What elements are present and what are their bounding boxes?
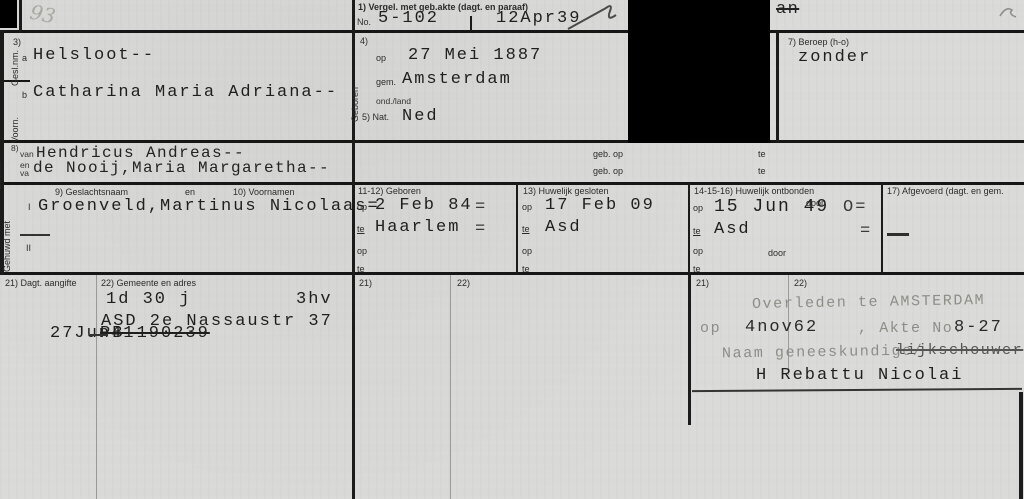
doctor-name-underline — [692, 388, 1022, 392]
firstnames-value: Catharina Maria Adriana-- — [33, 83, 338, 102]
mother-te-label: te — [758, 166, 766, 176]
field8-number: 8) — [11, 143, 19, 153]
field1-no-label: No. — [357, 17, 371, 27]
bottomright-edge-rule — [1019, 392, 1023, 499]
f14-r3-op: op — [693, 246, 703, 256]
block3-21-header: 21) — [696, 278, 709, 288]
death-akte-label: , Akte No. — [858, 320, 964, 337]
occupation-value: zonder — [798, 48, 871, 67]
birth-place-value: Amsterdam — [402, 70, 512, 89]
field7-header: 7) Beroep (h-o) — [788, 37, 849, 47]
field3b-label: b — [22, 90, 27, 100]
nationality-value: Ned — [402, 107, 439, 126]
pb-number-struck: PB 190239 — [100, 324, 210, 343]
birth-gem-label: gem. — [376, 77, 396, 87]
birth-ondland-label: ond./land — [376, 96, 411, 106]
pb-strike-extension — [90, 334, 108, 336]
pencil-mark: 93 — [28, 0, 58, 28]
f14-r2-mark: = — [860, 222, 872, 241]
f14-r3-door-label: door — [768, 248, 786, 258]
row4-bottom-rule — [0, 272, 1024, 275]
spouse-row1-marker: I — [28, 202, 31, 212]
f13-r4-te: te — [522, 264, 530, 274]
f11-r4-te: te — [357, 264, 365, 274]
spouse-row2-dash — [20, 234, 50, 236]
block3-22-header: 22) — [794, 278, 807, 288]
f11-r2-te: te — [357, 224, 365, 234]
death-stamp-line1: Overleden te AMSTERDAM — [752, 292, 985, 313]
death-doctor-label: Naam geneeskundige/ — [722, 343, 924, 363]
death-op-label: op — [700, 320, 721, 337]
f13-r2-te: te — [522, 224, 530, 234]
f11-r3-op: op — [357, 246, 367, 256]
field13-header: 13) Huwelijk gesloten — [523, 186, 609, 196]
father-gebop-label: geb. op — [593, 149, 623, 159]
block1-21-header: 21) Dagt. aangifte — [5, 278, 77, 288]
row2-bottom-rule — [0, 140, 1024, 143]
side-label-dochter: Dochter — [0, 161, 3, 189]
main-column-rule — [352, 0, 355, 499]
field17-header: 17) Afgevoerd (dagt. en gem. — [887, 186, 1004, 196]
field10-header: 10) Voornamen — [233, 187, 295, 197]
f14-r2-value: Asd — [714, 220, 751, 239]
row3-bottom-rule — [0, 182, 1024, 185]
mother-name-value: de Nooij,Maria Margaretha-- — [33, 159, 330, 177]
f14-r2-te: te — [693, 226, 701, 236]
field1-no-value: 5-102 — [378, 9, 439, 28]
side-label-voorn: Voorn. — [10, 117, 20, 143]
doctor-name-value: H Rebattu Nicolai — [756, 366, 963, 385]
field4-number: 4) — [360, 36, 368, 46]
col13-left-rule — [516, 183, 518, 273]
block1-22-header: 22) Gemeente en adres — [101, 278, 196, 288]
field17-dash — [887, 233, 909, 236]
f11-r1-mark: = — [475, 198, 487, 217]
field9-en-label: en — [185, 187, 195, 197]
f13-r3-op: op — [522, 246, 532, 256]
col17-left-rule — [881, 183, 883, 273]
b2-left-heavy-rule — [688, 275, 691, 425]
b2-divider-rule — [450, 275, 451, 499]
f14-r4-te: te — [693, 264, 701, 274]
aangifte-line1b: 3hv — [296, 290, 333, 309]
father-te-label: te — [758, 149, 766, 159]
mother-prefix-va: va — [20, 168, 29, 178]
topleft-redaction — [0, 0, 17, 28]
topright-struck-text: an — [776, 0, 799, 19]
surname-value: Helsloot-- — [33, 46, 155, 65]
field3-number: 3) — [13, 37, 21, 47]
b1-divider-rule — [96, 275, 97, 499]
death-doctor-struck: lijkschouwer — [896, 342, 1023, 359]
father-prefix: van — [20, 149, 34, 159]
corner-pen-mark — [998, 4, 1020, 20]
spouse-row2-marker: II — [26, 243, 31, 253]
side-label-geslnm: Gesl.nm. — [10, 50, 20, 86]
f14-r1-door-label: door — [806, 198, 824, 208]
field9-header: 9) Geslachtsnaam — [55, 187, 128, 197]
center-redaction — [628, 0, 770, 143]
topleft-cell-rule — [19, 0, 22, 33]
f11-r1-op: op — [357, 202, 367, 212]
f13-r1-value: 17 Feb 09 — [545, 196, 655, 215]
birth-date-value: 27 Mei 1887 — [408, 46, 542, 65]
field1-tick — [470, 16, 472, 31]
mother-gebop-label: geb. op — [593, 166, 623, 176]
block2-22-header: 22) — [457, 278, 470, 288]
side-label-geboren: Geboren — [350, 87, 360, 122]
birth-op-label: op — [376, 53, 386, 63]
aangifte-line1a: 1d 30 j — [106, 290, 191, 309]
spouse-name-value: Groenveld,Martinus Nicolaas= — [38, 197, 380, 216]
f13-r2-value: Asd — [545, 218, 582, 237]
field3a-label: a — [22, 53, 27, 63]
f11-r2-mark: = — [475, 220, 487, 239]
death-date-value: 4nov62 — [745, 318, 818, 337]
field14-header: 14-15-16) Huwelijk ontbonden — [694, 186, 814, 196]
registration-card: 93 1) Vergel. met geb.akte (dagt. en par… — [0, 0, 1024, 499]
f11-r1-value: 2 Feb 84 — [375, 196, 473, 215]
row1-bottom-rule — [0, 30, 1024, 33]
f11-r2-value: Haarlem — [375, 218, 460, 237]
death-akte-number: 8-27 — [954, 318, 1003, 337]
block2-21-header: 21) — [359, 278, 372, 288]
f14-r1-mark: O= — [843, 198, 867, 217]
f14-r1-op: op — [693, 203, 703, 213]
field11-12-header: 11-12) Geboren — [358, 186, 421, 196]
sec4-right-rule — [776, 30, 779, 143]
f13-r1-op: op — [522, 202, 532, 212]
paraph-signature — [566, 2, 626, 32]
nationality-label: 5) Nat. — [362, 112, 389, 122]
col14-left-rule — [688, 183, 690, 273]
side-label-gehuwd-met: Gehuwd met — [2, 221, 12, 272]
